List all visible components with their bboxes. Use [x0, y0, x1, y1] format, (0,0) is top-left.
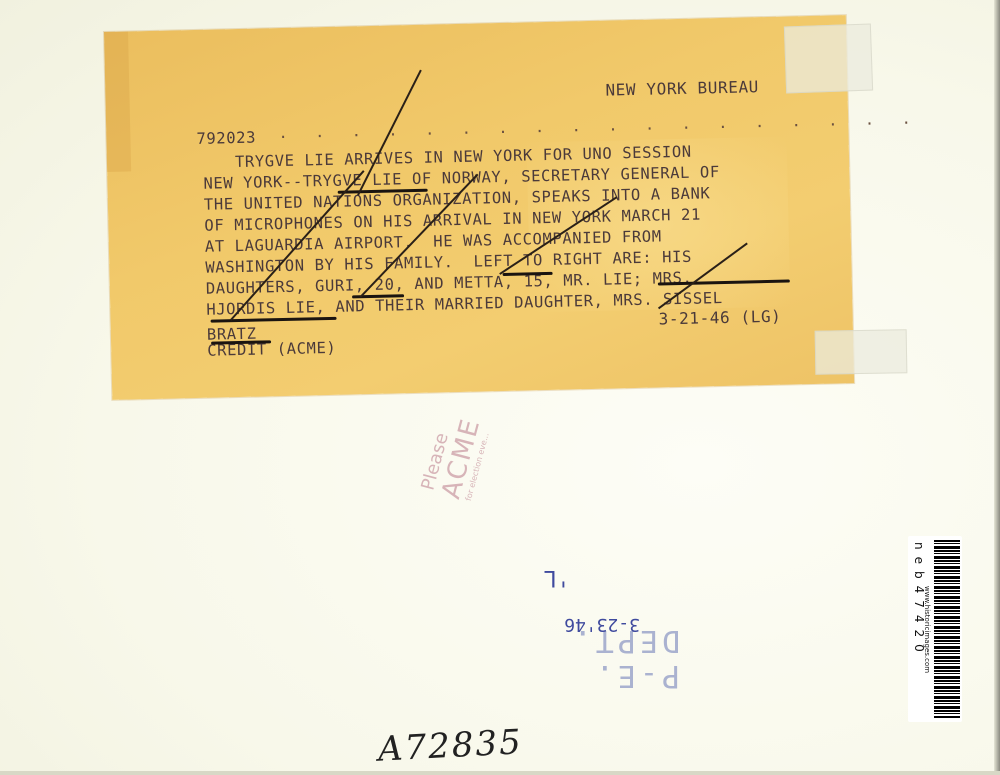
barcode-label: neb47420 www.historicimages.com [908, 536, 962, 722]
barcode-website: www.historicimages.com [923, 586, 931, 673]
barcode-icon [934, 540, 960, 718]
photo-number: 792023 [196, 129, 256, 148]
handwritten-number: A72835 [377, 722, 524, 770]
dept-stamp-date: 3-23'46 [564, 614, 640, 635]
dept-stamp: P-E. DEPT. 3-23'46 'L [500, 555, 720, 695]
bureau-label: NEW YORK BUREAU [605, 77, 759, 99]
dept-stamp-mark: 'L [544, 565, 571, 590]
photo-edge-right [994, 0, 1000, 775]
photo-edge-bottom [0, 771, 1000, 775]
date-code: 3-21-46 (LG) [658, 307, 781, 329]
leader-dots: . . . . . . . . . . . . . . . . . . [278, 110, 920, 143]
caption-fold [104, 31, 131, 172]
tape-strip [815, 329, 908, 375]
caption-slip: NEW YORK BUREAU 792023 . . . . . . . . .… [104, 15, 854, 400]
tape-strip [784, 24, 873, 94]
